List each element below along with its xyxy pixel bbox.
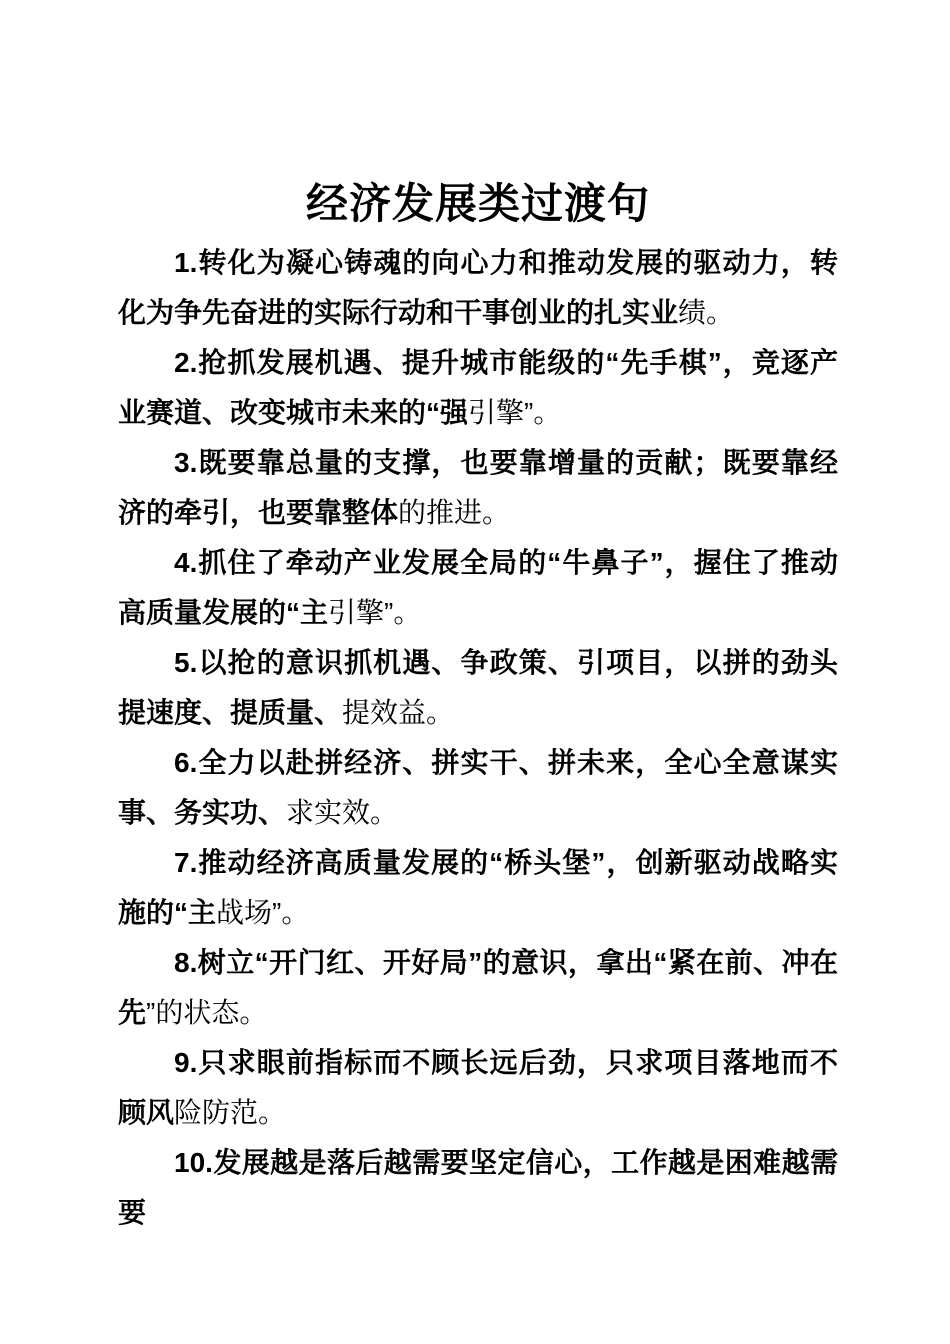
transition-sentence: 7.推动经济高质量发展的“桥头堡”，创新驱动战略实施的“主战场”。 — [118, 838, 838, 938]
sentence-regular-text: 提效益。 — [342, 697, 454, 728]
sentence-regular-text: 引擎”。 — [328, 597, 421, 628]
sentence-bold-text: 10.发展越是落后越需要坚定信心，工作越是困难越需要 — [118, 1147, 838, 1228]
sentence-regular-text: 引擎”。 — [468, 397, 561, 428]
sentence-regular-text: 的推进。 — [398, 497, 510, 528]
document-body: 1.转化为凝心铸魂的向心力和推动发展的驱动力，转化为争先奋进的实际行动和干事创业… — [118, 238, 838, 1238]
document-title: 经济发展类过渡句 — [118, 176, 838, 234]
sentence-bold-text: 4.抓住了牵动产业发展全局的“牛鼻子”，握住了推动高质量发展的“主 — [118, 547, 838, 628]
transition-sentence: 4.抓住了牵动产业发展全局的“牛鼻子”，握住了推动高质量发展的“主引擎”。 — [118, 538, 838, 638]
transition-sentence: 9.只求眼前指标而不顾长远后劲，只求项目落地而不顾风险防范。 — [118, 1038, 838, 1138]
sentence-regular-text: ”的状态。 — [146, 997, 267, 1028]
transition-sentence: 3.既要靠总量的支撑，也要靠增量的贡献；既要靠经济的牵引，也要靠整体的推进。 — [118, 438, 838, 538]
transition-sentence: 2.抢抓发展机遇、提升城市能级的“先手棋”，竞逐产业赛道、改变城市未来的“强引擎… — [118, 338, 838, 438]
sentence-regular-text: 求实效。 — [286, 797, 398, 828]
transition-sentence: 5.以抢的意识抓机遇、争政策、引项目，以拼的劲头提速度、提质量、提效益。 — [118, 638, 838, 738]
sentence-regular-text: 战场”。 — [216, 897, 309, 928]
sentence-regular-text: 险防范。 — [174, 1097, 286, 1128]
sentence-bold-text: 5.以抢的意识抓机遇、争政策、引项目，以拼的劲头提速度、提质量、 — [118, 647, 838, 728]
transition-sentence: 1.转化为凝心铸魂的向心力和推动发展的驱动力，转化为争先奋进的实际行动和干事创业… — [118, 238, 838, 338]
transition-sentence: 8.树立“开门红、开好局”的意识，拿出“紧在前、冲在先”的状态。 — [118, 938, 838, 1038]
sentence-bold-text: 6.全力以赴拼经济、拼实干、拼未来，全心全意谋实事、务实功、 — [118, 747, 838, 828]
transition-sentence: 10.发展越是落后越需要坚定信心，工作越是困难越需要 — [118, 1138, 838, 1238]
transition-sentence: 6.全力以赴拼经济、拼实干、拼未来，全心全意谋实事、务实功、求实效。 — [118, 738, 838, 838]
sentence-regular-text: 绩。 — [678, 297, 734, 328]
document-page: 经济发展类过渡句 1.转化为凝心铸魂的向心力和推动发展的驱动力，转化为争先奋进的… — [0, 0, 950, 1344]
